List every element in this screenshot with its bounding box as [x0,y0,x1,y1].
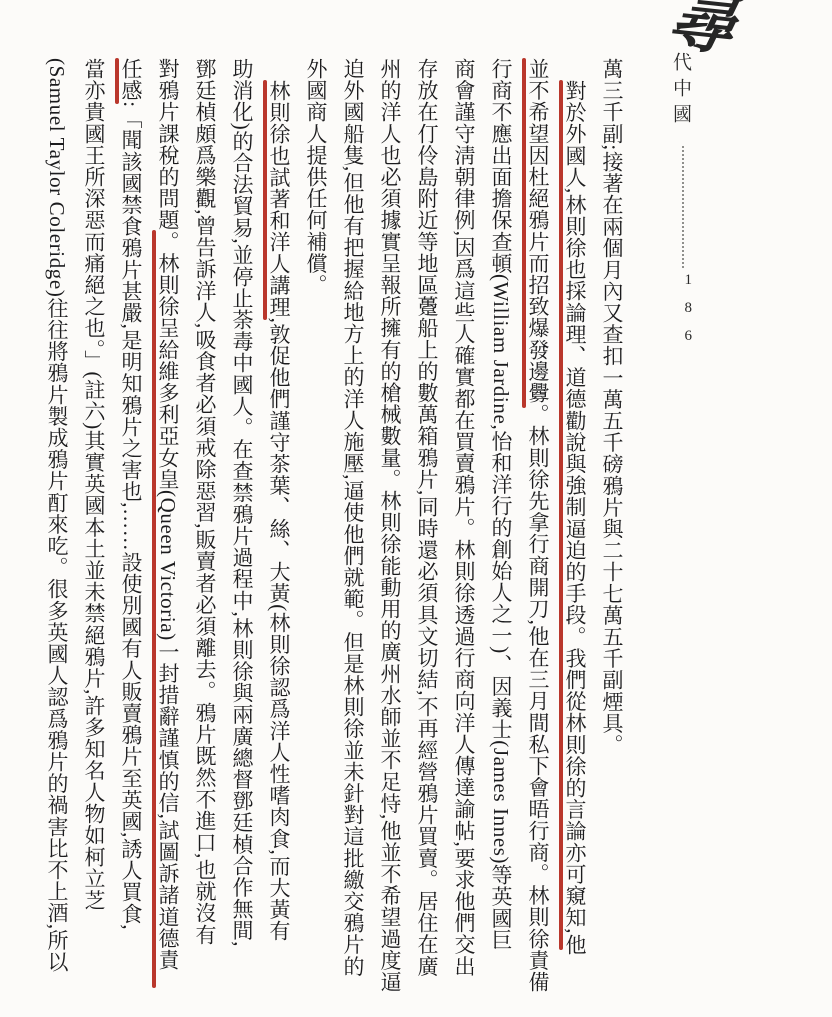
text-column-5: 商會謹守淸朝律例,因爲這些人確實都在買賣鴉片。林則徐透過行商向洋人傳達諭帖,要求… [445,58,482,977]
page-number-digit: 8 [685,300,693,317]
body-text: 萬三千副;接著在兩個月內又查扣一萬五千磅鴉片與二十七萬五千副煙具。 對於外國人,… [38,58,630,993]
text-column-15: 當亦貴國王所深惡而痛絕之也。」(註六)其實英國本土並未禁絕鴉片,許多知名人物如柯… [75,58,112,911]
text-column-10: 林則徐也試著和洋人講理,敦促他們謹守茶葉、絲、大黃(林則徐認爲洋人性嗜肉食,而大… [260,58,297,942]
page-number-digit: 1 [685,272,693,289]
text-column-12: 鄧廷楨頗爲樂觀,曾告訴洋人,吸食者必須戒除惡習,販賣者必須離去。鴉片既然不進口,… [186,58,223,945]
page-number-digit: 6 [685,328,693,345]
text-column-13: 對鴉片課稅的問題。林則徐呈給維多利亞女皇(Queen Victoria)一封措辭… [149,58,186,971]
text-column-1: 萬三千副;接著在兩個月內又查扣一萬五千磅鴉片與二十七萬五千副煙具。 [593,58,630,756]
text-column-4: 行商不應出面擔保查頓(William Jardine,怡和洋行的創始人之一)、因… [482,58,519,951]
text-column-3: 並不希望因杜絕鴉片而招致爆發邊釁。林則徐先拿行商開刀,他在三月間私下會晤行商。林… [519,58,556,993]
red-underline-annotation [559,80,563,950]
running-title: 代中國 [667,52,694,130]
red-underline-annotation [115,58,119,104]
text-column-11: 助消化)的合法貿易,並停止荼毒中國人。在查禁鴉片過程中,林則徐與兩廣總督鄧廷楨合… [223,58,260,947]
text-column-16: (Samuel Taylor Coleridge)往往將鴉片製成鴉片酊來吃。很多… [38,58,75,973]
book-page-scan: 尋 代中國 1 8 6 萬三千副;接著在兩個月內又查扣一萬五千磅鴉片與二十七萬五… [0,0,832,1017]
page-number: 1 8 6 [685,272,693,345]
text-column-9: 外國商人提供任何補償。 [297,58,334,296]
text-column-2: 對於外國人,林則徐也採論理、道德勸說與強制逼迫的手段。我們從林則徐的言論亦可窺知… [556,58,593,956]
dotted-leader-line [682,146,684,268]
red-underline-annotation [263,80,267,320]
text-column-6: 存放在仃伶島附近等地區躉船上的數萬箱鴉片,同時還必須具文切結,不再經營鴉片買賣。… [408,58,445,977]
text-column-14: 任感:「聞該國禁食鴉片甚嚴,是明知鴉片之害也,……設使別國有人販賣鴉片至英國,誘… [112,58,149,930]
red-underline-annotation [152,230,156,988]
text-column-7: 州的洋人也必須據實呈報所擁有的槍械數量。林則徐能動用的廣州水師並不足恃,他並不希… [371,58,408,993]
red-underline-annotation [522,58,526,408]
text-column-8: 迫外國船隻,但他有把握給地方上的洋人施壓,逼使他們就範。但是林則徐並未針對這批繳… [334,58,371,977]
